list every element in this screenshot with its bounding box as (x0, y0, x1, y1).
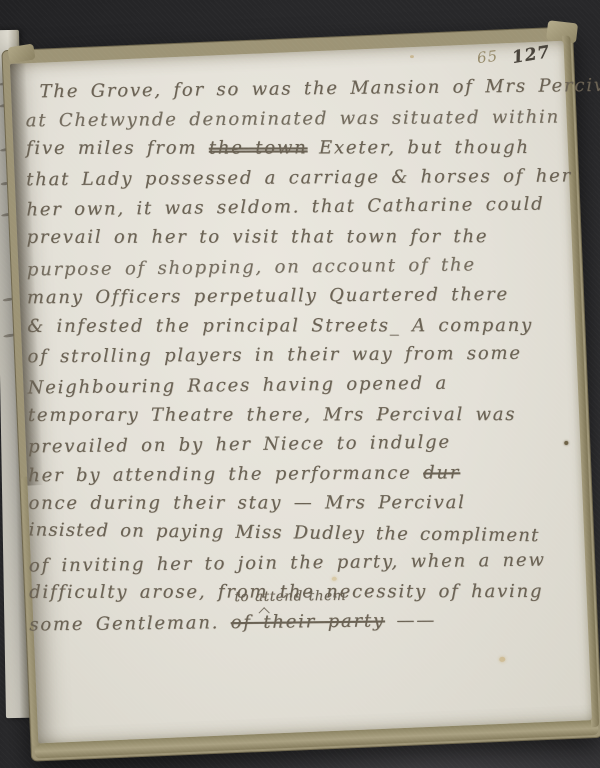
manuscript-line: some Gentleman. of their partyto attend … (29, 604, 563, 640)
manuscript-line: The Grove, for so was the Mansion of Mrs… (25, 71, 559, 107)
line-text: her by attending the performance (28, 462, 423, 486)
manuscript-line: her by attending the performance dur (28, 457, 562, 490)
line-text: some Gentleman. (29, 612, 231, 635)
line-text: purpose of shopping, on account of the (27, 254, 476, 280)
line-text: prevailed on by her Niece to indulge (28, 432, 451, 458)
line-text: of inviting her to join the party, when … (29, 549, 546, 576)
struck-text: the town (209, 138, 308, 159)
manuscript-line: of strolling players in their way from s… (27, 339, 561, 372)
manuscript-line: & infested the principal Streets_ A comp… (27, 311, 561, 342)
line-text: —— (385, 610, 436, 632)
inserted-text: to attend them (234, 589, 346, 604)
photo-background: { "colors": { "ink": "#6a6254", "paper":… (0, 0, 600, 768)
manuscript-line: temporary Theatre there, Mrs Percival wa… (28, 399, 562, 430)
struck-text-group: dur (423, 458, 460, 488)
foxing-spot (410, 55, 414, 58)
line-text: that Lady possessed a carriage & horses … (26, 165, 572, 190)
line-text: Exeter, but though (307, 137, 529, 158)
line-text: five miles from (26, 138, 209, 159)
foxing-spot (499, 657, 505, 662)
line-text: her own, it was seldom. that Catharine c… (26, 194, 544, 221)
foxing-spot (564, 441, 568, 445)
manuscript-line: many Officers perpetually Quartered ther… (27, 280, 561, 313)
struck-text: dur (423, 462, 460, 483)
manuscript-text: The Grove, for so was the Mansion of Mrs… (25, 73, 563, 639)
manuscript-line: once during their stay — Mrs Percival (28, 488, 562, 519)
folio-numbers: 65 127 (477, 44, 550, 67)
line-text: prevail on her to visit that town for th… (27, 226, 489, 248)
line-text: temporary Theatre there, Mrs Percival wa… (28, 404, 517, 426)
manuscript-line: prevailed on by her Niece to indulge (28, 427, 562, 463)
manuscript-line: five miles from the town Exeter, but tho… (26, 133, 560, 164)
line-text: of strolling players in their way from s… (27, 343, 522, 367)
manuscript-line: prevail on her to visit that town for th… (27, 222, 561, 253)
manuscript-line: Neighbouring Races having opened a (27, 367, 561, 403)
manuscript-line: at Chetwynde denominated was situated wi… (26, 102, 560, 135)
line-text: at Chetwynde denominated was situated wi… (26, 106, 560, 131)
manuscript-line: of inviting her to join the party, when … (29, 545, 563, 581)
line-text: many Officers perpetually Quartered ther… (27, 284, 509, 308)
manuscript-line: purpose of shopping, on account of the (27, 249, 561, 285)
manuscript-page: 65 127 The Grove, for so was the Mansion… (10, 41, 592, 744)
manuscript-line: her own, it was seldom. that Catharine c… (26, 190, 560, 226)
line-text: Neighbouring Races having opened a (28, 373, 449, 399)
line-text: once during their stay — Mrs Percival (28, 492, 465, 514)
struck-text-group: of their partyto attend them (231, 606, 386, 637)
folio-number-ink: 127 (510, 42, 551, 68)
line-text: & infested the principal Streets_ A comp… (27, 315, 533, 337)
struck-text: of their party (231, 610, 385, 633)
photo-stage: 65 127 The Grove, for so was the Mansion… (0, 0, 600, 768)
line-text: insisted on paying Miss Dudley the compl… (29, 519, 540, 546)
folio-number-pencil: 65 (476, 47, 499, 67)
manuscript-book: 65 127 The Grove, for so was the Mansion… (1, 26, 600, 761)
struck-text-group: the town (209, 134, 308, 164)
book-corner-top-left (7, 43, 35, 63)
line-text: The Grove, for so was the Mansion of Mrs… (39, 75, 600, 103)
